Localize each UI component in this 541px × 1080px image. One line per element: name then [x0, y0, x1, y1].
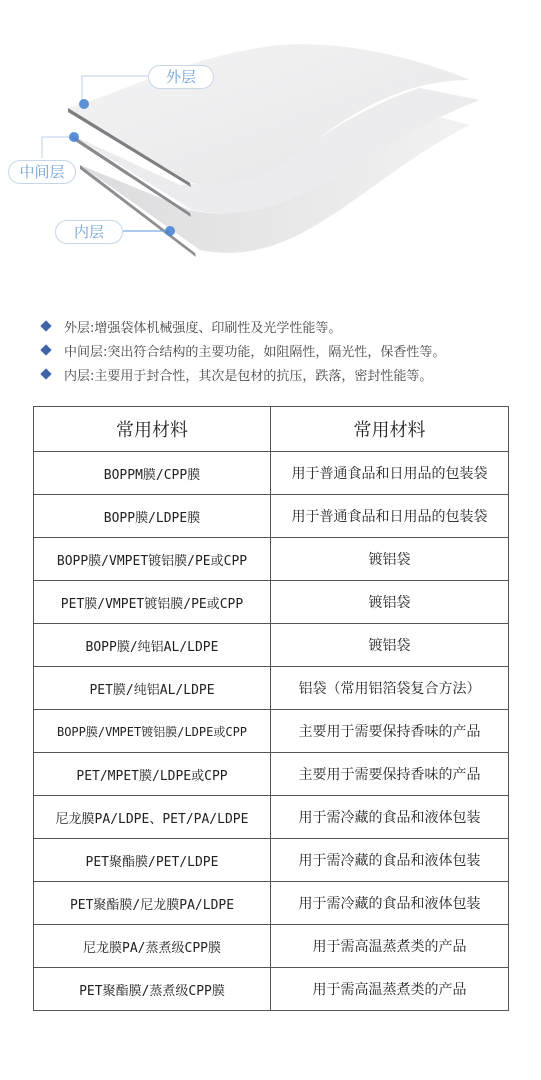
label-inner-layer: 内层 [55, 220, 123, 244]
materials-table: 常用材料 常用材料 BOPPM膜/CPP膜用于普通食品和日用品的包装袋 BOPP… [33, 406, 509, 1011]
material-cell: 尼龙膜PA/蒸煮级CPP膜 [34, 925, 271, 968]
usage-cell: 镀铝袋 [271, 581, 509, 624]
usage-cell: 主要用于需要保持香味的产品 [271, 710, 509, 753]
table-header-row: 常用材料 常用材料 [34, 407, 509, 452]
usage-cell: 用于需高温蒸煮类的产品 [271, 968, 509, 1011]
material-cell: PET聚酯膜/蒸煮级CPP膜 [34, 968, 271, 1011]
material-cell: PET膜/VMPET镀铝膜/PE或CPP [34, 581, 271, 624]
material-cell: 尼龙膜PA/LDPE、PET/PA/LDPE [34, 796, 271, 839]
list-item: 中间层:突出符合结构的主要功能，如阻隔性，隔光性，保香性等。 [38, 338, 538, 362]
material-cell: PET膜/纯铝AL/LDPE [34, 667, 271, 710]
table-row: BOPP膜/VMPET镀铝膜/PE或CPP镀铝袋 [34, 538, 509, 581]
usage-cell: 铝袋（常用铝箔袋复合方法） [271, 667, 509, 710]
usage-cell: 用于普通食品和日用品的包装袋 [271, 452, 509, 495]
material-cell: BOPP膜/纯铝AL/LDPE [34, 624, 271, 667]
layer-structure-illustration: 外层 中间层 内层 [0, 30, 541, 280]
table-row: BOPP膜/纯铝AL/LDPE镀铝袋 [34, 624, 509, 667]
table-row: BOPPM膜/CPP膜用于普通食品和日用品的包装袋 [34, 452, 509, 495]
list-item: 内层:主要用于封合性，其次是包材的抗压，跌落，密封性能等。 [38, 362, 538, 386]
table-row: PET/MPET膜/LDPE或CPP主要用于需要保持香味的产品 [34, 753, 509, 796]
table-row: PET聚酯膜/尼龙膜PA/LDPE用于需冷藏的食品和液体包装 [34, 882, 509, 925]
list-item: 外层:增强袋体机械强度、印刷性及光学性能等。 [38, 314, 538, 338]
usage-cell: 用于需冷藏的食品和液体包装 [271, 839, 509, 882]
material-cell: BOPPM膜/CPP膜 [34, 452, 271, 495]
usage-cell: 用于需冷藏的食品和液体包装 [271, 882, 509, 925]
label-middle-layer: 中间层 [8, 160, 76, 184]
table-row: PET膜/纯铝AL/LDPE铝袋（常用铝箔袋复合方法） [34, 667, 509, 710]
usage-cell: 用于需高温蒸煮类的产品 [271, 925, 509, 968]
diamond-bullet-icon [40, 344, 51, 355]
usage-cell: 主要用于需要保持香味的产品 [271, 753, 509, 796]
column-header: 常用材料 [34, 407, 271, 452]
material-cell: BOPP膜/VMPET镀铝膜/PE或CPP [34, 538, 271, 581]
table-row: 尼龙膜PA/LDPE、PET/PA/LDPE用于需冷藏的食品和液体包装 [34, 796, 509, 839]
diamond-bullet-icon [40, 320, 51, 331]
table-row: BOPP膜/LDPE膜用于普通食品和日用品的包装袋 [34, 495, 509, 538]
usage-cell: 镀铝袋 [271, 538, 509, 581]
material-cell: BOPP膜/LDPE膜 [34, 495, 271, 538]
table-row: BOPP膜/VMPET镀铝膜/LDPE或CPP主要用于需要保持香味的产品 [34, 710, 509, 753]
material-cell: BOPP膜/VMPET镀铝膜/LDPE或CPP [34, 710, 271, 753]
usage-cell: 镀铝袋 [271, 624, 509, 667]
layer-description-list: 外层:增强袋体机械强度、印刷性及光学性能等。 中间层:突出符合结构的主要功能，如… [38, 314, 538, 386]
material-cell: PET聚酯膜/尼龙膜PA/LDPE [34, 882, 271, 925]
material-cell: PET/MPET膜/LDPE或CPP [34, 753, 271, 796]
label-outer-layer: 外层 [148, 65, 214, 89]
column-header: 常用材料 [271, 407, 509, 452]
table-row: PET膜/VMPET镀铝膜/PE或CPP镀铝袋 [34, 581, 509, 624]
usage-cell: 用于需冷藏的食品和液体包装 [271, 796, 509, 839]
usage-cell: 用于普通食品和日用品的包装袋 [271, 495, 509, 538]
table-row: PET聚酯膜/蒸煮级CPP膜用于需高温蒸煮类的产品 [34, 968, 509, 1011]
material-cell: PET聚酯膜/PET/LDPE [34, 839, 271, 882]
diamond-bullet-icon [40, 368, 51, 379]
table-row: 尼龙膜PA/蒸煮级CPP膜用于需高温蒸煮类的产品 [34, 925, 509, 968]
table-row: PET聚酯膜/PET/LDPE用于需冷藏的食品和液体包装 [34, 839, 509, 882]
